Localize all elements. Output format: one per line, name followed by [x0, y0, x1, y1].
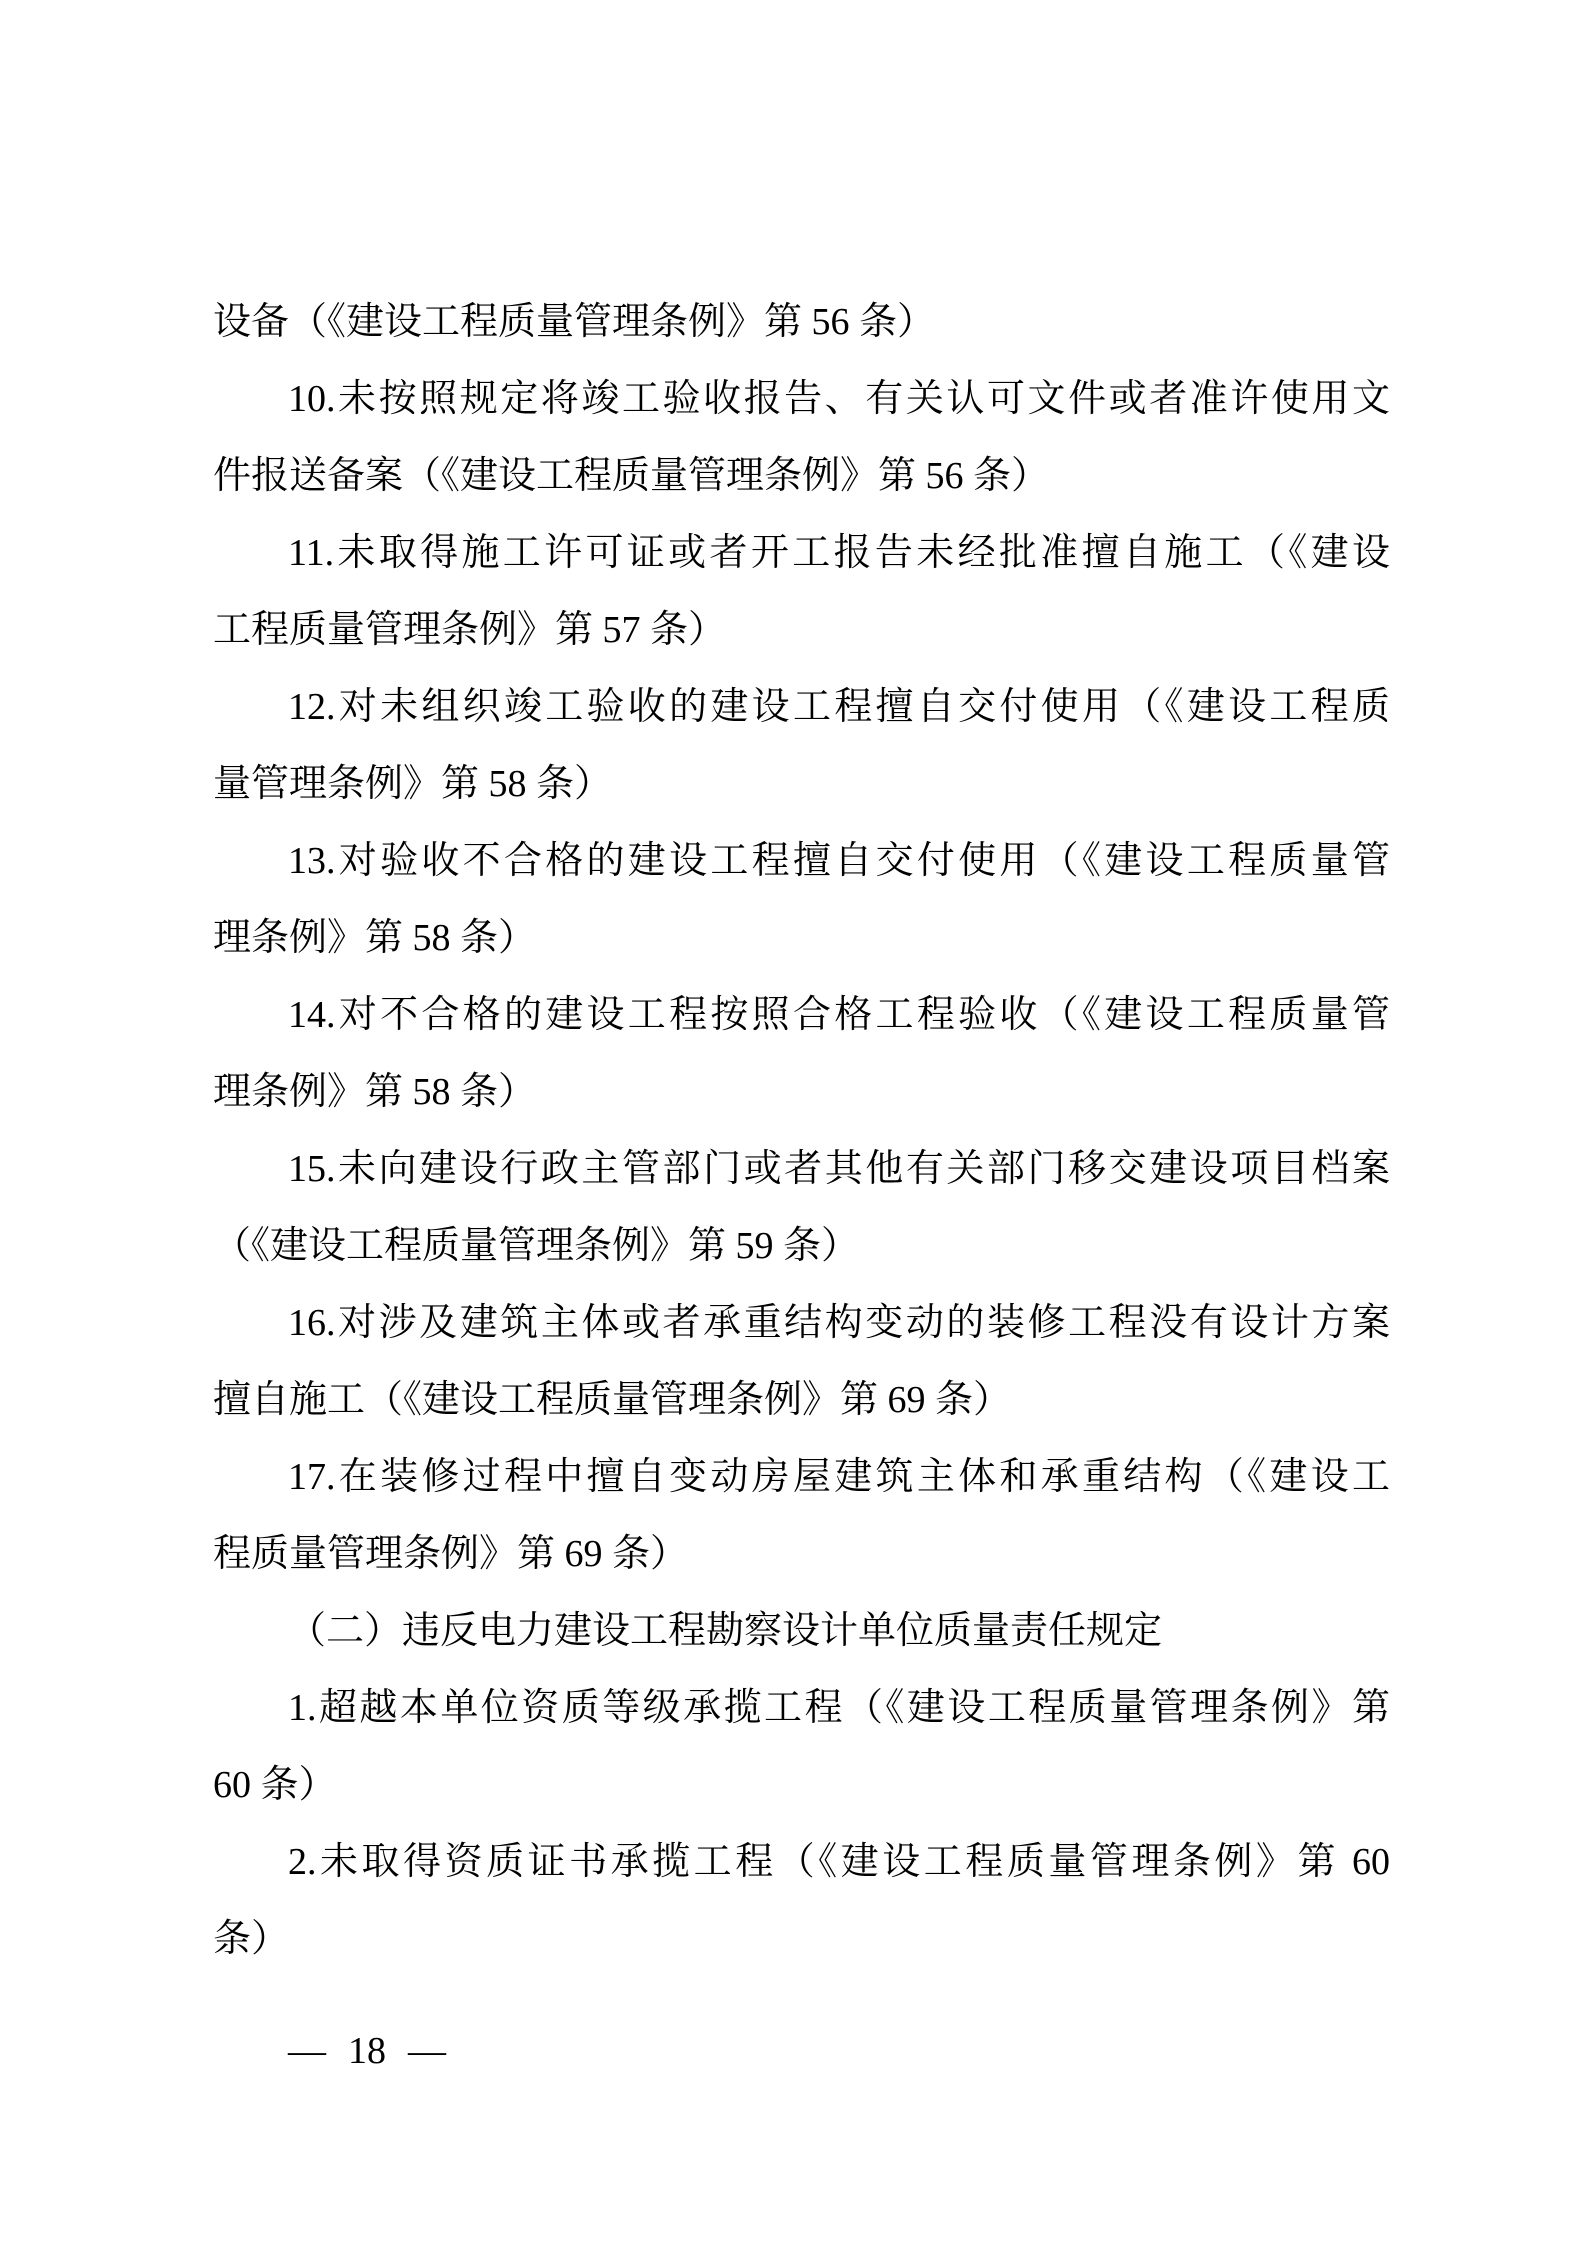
text-line: 12.对未组织竣工验收的建设工程擅自交付使用（《建设工程质: [213, 669, 1390, 746]
text-line: （《建设工程质量管理条例》第 59 条）: [213, 1208, 1390, 1285]
text-line: 件报送备案（《建设工程质量管理条例》第 56 条）: [213, 438, 1390, 515]
page-footer: — 18 —: [288, 2013, 446, 2090]
text-line: 设备（《建设工程质量管理条例》第 56 条）: [213, 284, 1390, 361]
text-line: 1.超越本单位资质等级承揽工程（《建设工程质量管理条例》第: [213, 1670, 1390, 1747]
page-number: 18: [348, 2013, 386, 2090]
text-line: 理条例》第 58 条）: [213, 1054, 1390, 1131]
footer-dash-left: —: [288, 2013, 326, 2090]
text-line: 擅自施工（《建设工程质量管理条例》第 69 条）: [213, 1362, 1390, 1439]
text-line: 17.在装修过程中擅自变动房屋建筑主体和承重结构（《建设工: [213, 1439, 1390, 1516]
text-line: 量管理条例》第 58 条）: [213, 746, 1390, 823]
document-page: 设备（《建设工程质量管理条例》第 56 条）10.未按照规定将竣工验收报告、有关…: [0, 0, 1587, 2245]
text-line: 14.对不合格的建设工程按照合格工程验收（《建设工程质量管: [213, 977, 1390, 1054]
text-line: 16.对涉及建筑主体或者承重结构变动的装修工程没有设计方案: [213, 1285, 1390, 1362]
text-line: 2.未取得资质证书承揽工程（《建设工程质量管理条例》第 60: [213, 1824, 1390, 1901]
text-line: 理条例》第 58 条）: [213, 900, 1390, 977]
text-line: 60 条）: [213, 1747, 1390, 1824]
text-line: 程质量管理条例》第 69 条）: [213, 1516, 1390, 1593]
text-line: 条）: [213, 1901, 1390, 1978]
text-line: 工程质量管理条例》第 57 条）: [213, 592, 1390, 669]
footer-dash-right: —: [408, 2013, 446, 2090]
text-line: 11.未取得施工许可证或者开工报告未经批准擅自施工（《建设: [213, 515, 1390, 592]
text-line: （二）违反电力建设工程勘察设计单位质量责任规定: [213, 1593, 1390, 1670]
text-line: 10.未按照规定将竣工验收报告、有关认可文件或者准许使用文: [213, 361, 1390, 438]
document-body: 设备（《建设工程质量管理条例》第 56 条）10.未按照规定将竣工验收报告、有关…: [213, 284, 1390, 1978]
text-line: 13.对验收不合格的建设工程擅自交付使用（《建设工程质量管: [213, 823, 1390, 900]
text-line: 15.未向建设行政主管部门或者其他有关部门移交建设项目档案: [213, 1131, 1390, 1208]
